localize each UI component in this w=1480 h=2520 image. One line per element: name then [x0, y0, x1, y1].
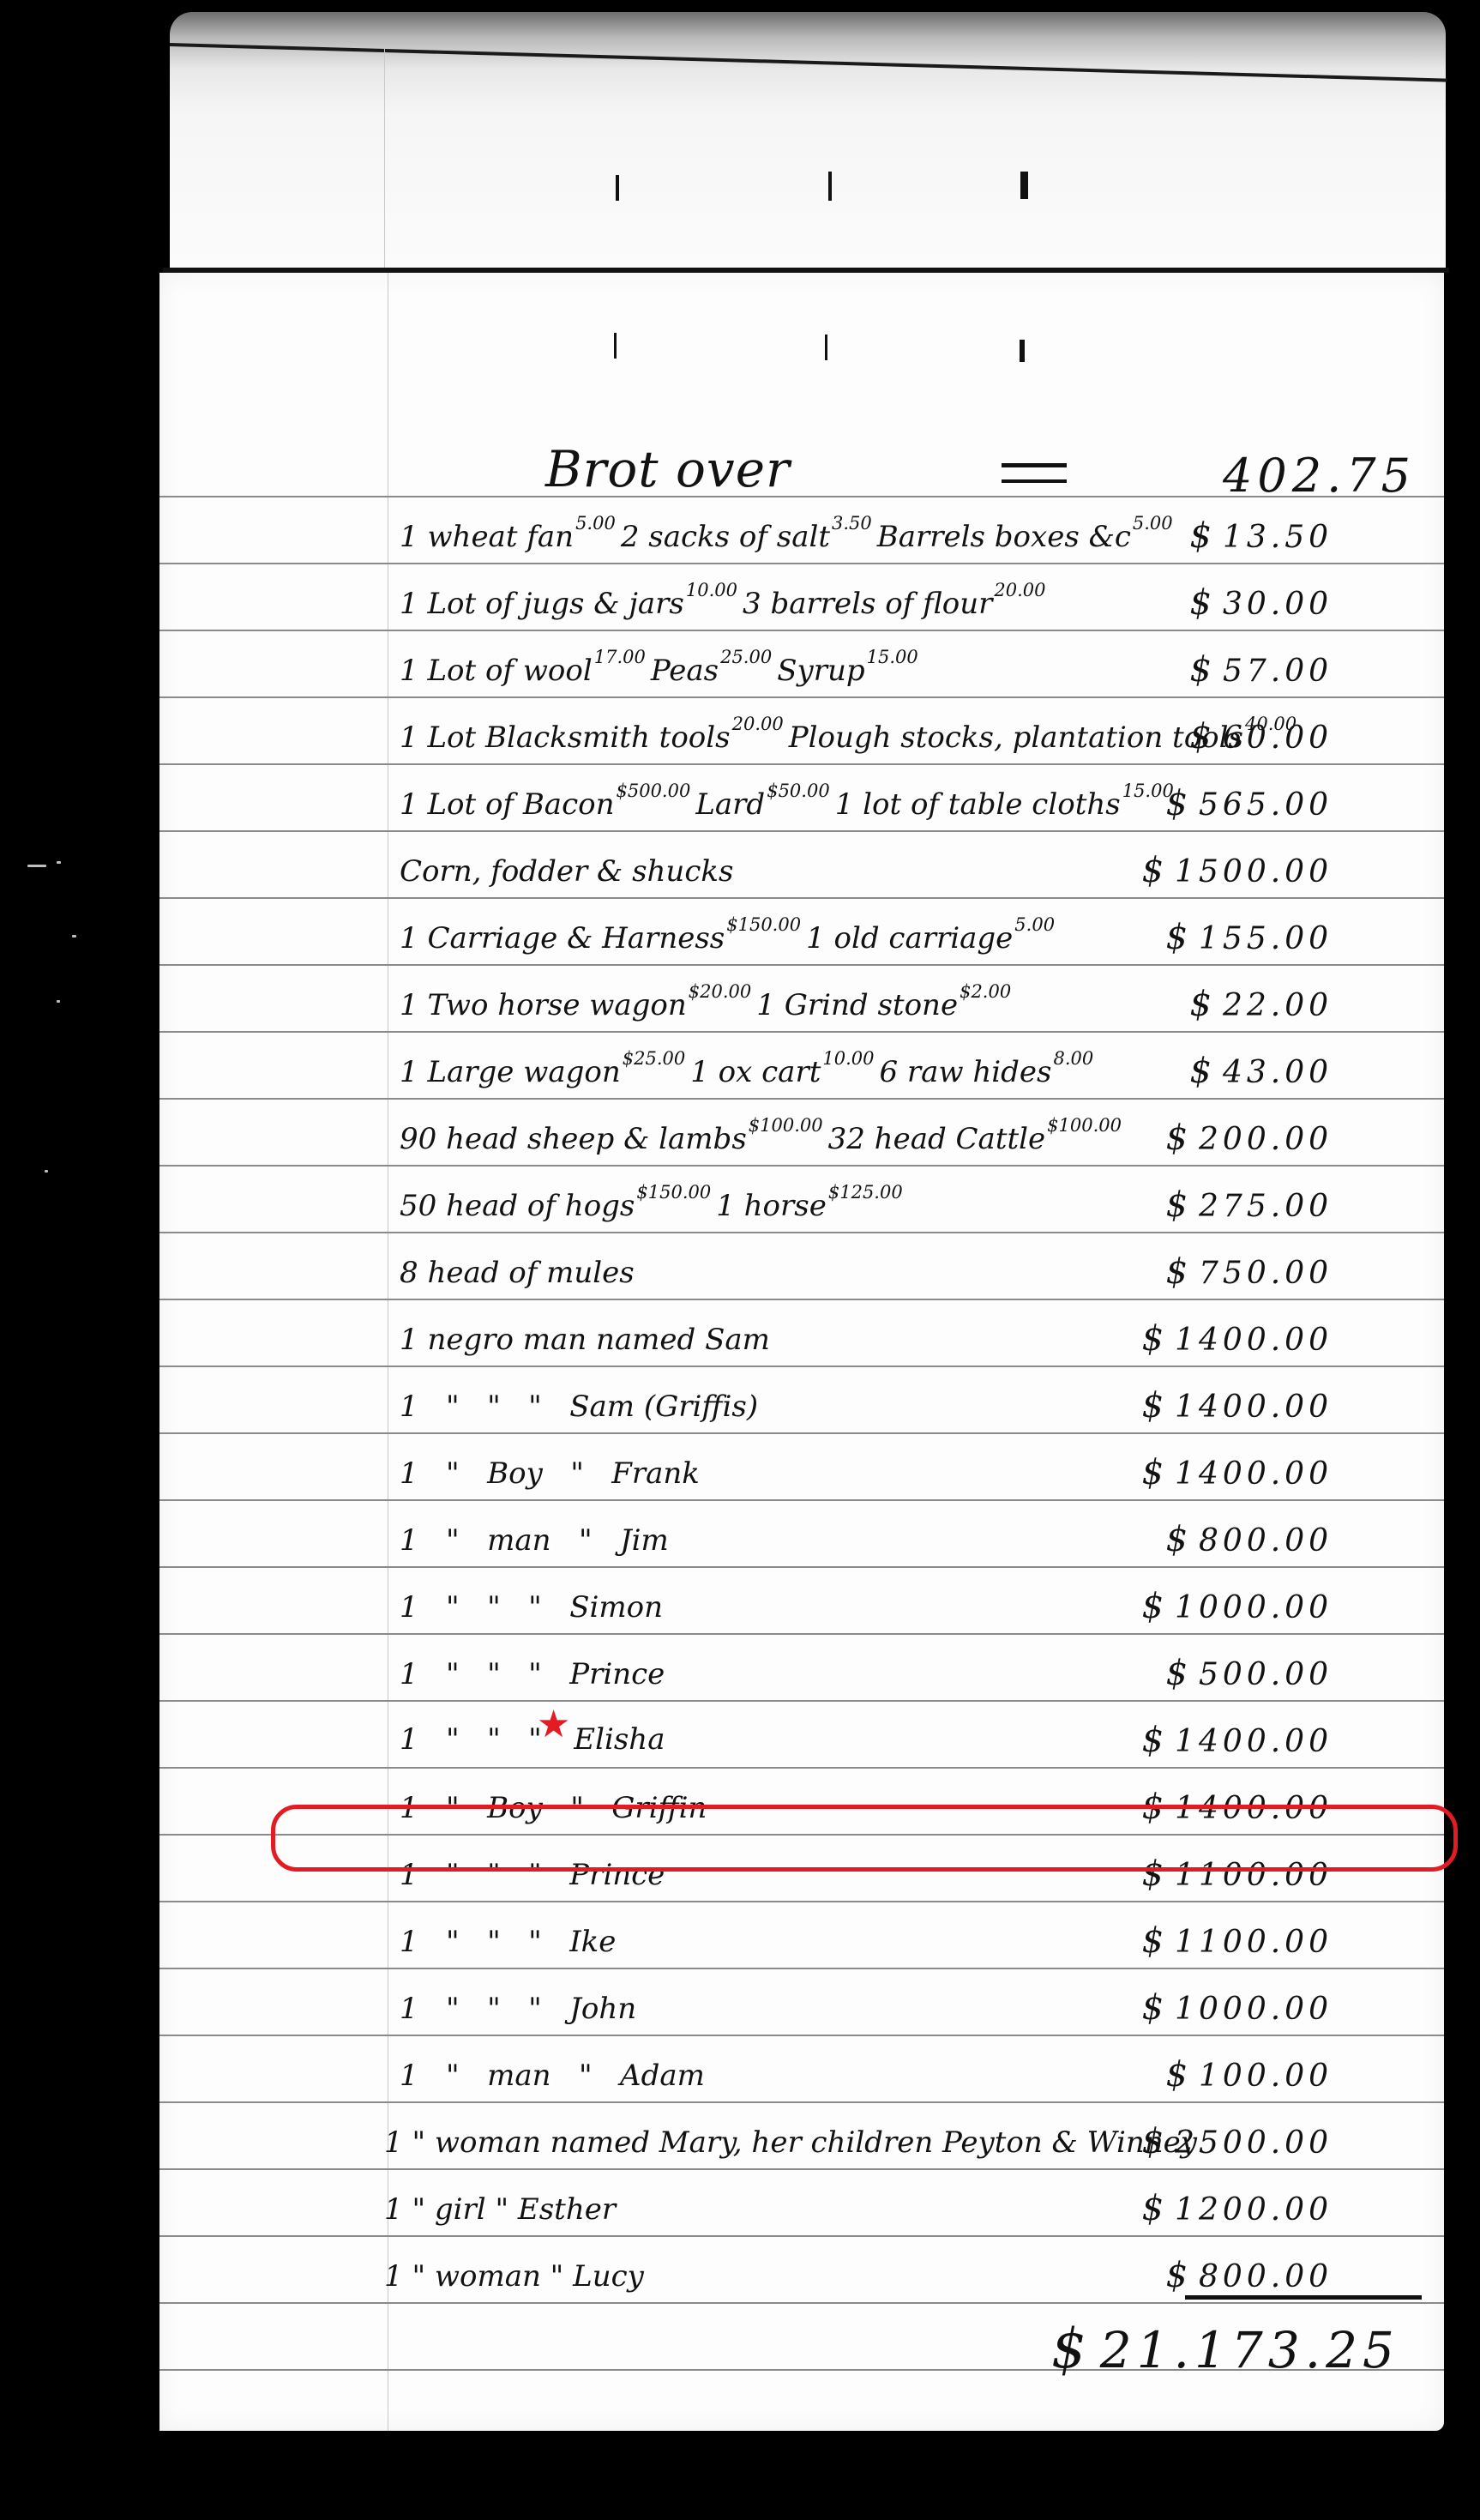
- ledger-sheet: Brot over 402.75 1 wheat fan5.002 sacks …: [159, 273, 1444, 2431]
- row-amount: $1100.00: [1142, 1921, 1333, 1961]
- row-amount: $22.00: [1189, 985, 1333, 1024]
- scan-speck: [72, 935, 76, 937]
- ledger-row: 1 wheat fan5.002 sacks of salt3.50Barrel…: [159, 497, 1444, 564]
- ink-mark: [825, 335, 827, 360]
- margin-rule: [384, 46, 385, 269]
- ledger-row: 8 head of mules $750.00: [159, 1233, 1444, 1300]
- row-description: 1 " " " Prince: [400, 1657, 665, 1691]
- row-amount: $57.00: [1189, 650, 1333, 690]
- ledger-row: 1 " " "★Elisha $1400.00: [159, 1702, 1444, 1769]
- row-amount: $800.00: [1166, 1520, 1333, 1559]
- row-description: 1 " girl " Esther: [384, 2192, 616, 2227]
- row-description: 1 " man " Jim: [400, 1523, 669, 1558]
- equals-sign: [1002, 463, 1067, 483]
- carried-over-amount: 402.75: [1223, 449, 1416, 503]
- ink-mark: [616, 175, 619, 201]
- ledger-row: 1 " " " Simon $1000.00: [159, 1568, 1444, 1635]
- row-description: 1 " woman named Mary, her children Peyto…: [384, 2125, 1197, 2160]
- row-description: 1 Two horse wagon$20.001 Grind stone$2.0…: [400, 981, 1016, 1022]
- row-description: 1 " Boy " Frank: [400, 1456, 700, 1491]
- row-amount: $13.50: [1189, 516, 1333, 556]
- row-amount: $275.00: [1166, 1185, 1333, 1225]
- row-amount: $155.00: [1166, 918, 1333, 957]
- ledger-row: 1 " woman named Mary, her children Peyto…: [159, 2103, 1444, 2170]
- red-star-icon: ★: [537, 1703, 570, 1746]
- row-description: 1 " woman " Lucy: [384, 2259, 644, 2294]
- row-amount: $1500.00: [1142, 851, 1333, 890]
- row-description: 1 Lot of wool17.00Peas25.00Syrup15.00: [400, 647, 923, 688]
- ledger-row: 1 " woman " Lucy $800.00: [159, 2237, 1444, 2304]
- row-amount: $1000.00: [1142, 1988, 1333, 2028]
- row-amount: $1400.00: [1142, 1453, 1333, 1492]
- ledger-row: 50 head of hogs$150.001 horse$125.00 $27…: [159, 1167, 1444, 1233]
- scan-speck: [57, 1000, 60, 1003]
- row-amount: $1400.00: [1142, 1386, 1333, 1426]
- row-amount: $800.00: [1166, 2256, 1333, 2295]
- row-description: 1 " " " John: [400, 1992, 636, 2026]
- sheet-edge-line: [170, 43, 1447, 82]
- ink-mark: [1020, 340, 1025, 362]
- ledger-row: 1 " " " Ike $1100.00: [159, 1902, 1444, 1969]
- row-amount: $1400.00: [1142, 1721, 1333, 1760]
- scan-speck: [57, 861, 61, 864]
- row-description: 1 " " "★Elisha: [400, 1715, 665, 1758]
- red-highlight-ring: [271, 1805, 1458, 1872]
- scan-speck: [27, 865, 46, 867]
- row-amount: $1200.00: [1142, 2189, 1333, 2228]
- ledger-row: 1 " girl " Esther $1200.00: [159, 2170, 1444, 2237]
- ledger-row: 1 Carriage & Harness$150.001 old carriag…: [159, 899, 1444, 966]
- row-description: 1 " " " Sam (Griffis): [400, 1390, 758, 1424]
- ledger-row: Corn, fodder & shucks $1500.00: [159, 832, 1444, 899]
- ledger-row: 1 Lot Blacksmith tools20.00Plough stocks…: [159, 698, 1444, 765]
- row-amount: $30.00: [1189, 583, 1333, 623]
- scan-background: [0, 0, 163, 2520]
- row-description: 90 head sheep & lambs$100.0032 head Catt…: [400, 1115, 1127, 1156]
- ledger-row: 1 " man " Adam $100.00: [159, 2036, 1444, 2103]
- row-amount: $2500.00: [1142, 2122, 1333, 2161]
- upper-sheet-fragment: [170, 12, 1446, 269]
- row-amount: $200.00: [1166, 1118, 1333, 1158]
- ledger-row: 1 Lot of Bacon$500.00Lard$50.001 lot of …: [159, 765, 1444, 832]
- row-amount: $43.00: [1189, 1052, 1333, 1091]
- row-description: 1 Lot of jugs & jars10.003 barrels of fl…: [400, 580, 1051, 621]
- ledger-row: 1 Large wagon$25.001 ox cart10.006 raw h…: [159, 1033, 1444, 1100]
- row-amount: $500.00: [1166, 1654, 1333, 1693]
- ledger-row: 1 negro man named Sam $1400.00: [159, 1300, 1444, 1367]
- ledger-row: 1 " " " Sam (Griffis) $1400.00: [159, 1367, 1444, 1434]
- ledger-row: 1 Two horse wagon$20.001 Grind stone$2.0…: [159, 966, 1444, 1033]
- row-description: 1 Lot of Bacon$500.00Lard$50.001 lot of …: [400, 781, 1179, 822]
- ledger-row: 1 Lot of jugs & jars10.003 barrels of fl…: [159, 564, 1444, 631]
- row-description: 1 negro man named Sam: [400, 1323, 770, 1357]
- row-description: 1 Carriage & Harness$150.001 old carriag…: [400, 914, 1060, 956]
- row-amount: $750.00: [1166, 1252, 1333, 1292]
- row-description: Corn, fodder & shucks: [400, 854, 733, 889]
- row-description: 1 " " " Simon: [400, 1590, 663, 1625]
- ink-mark: [828, 172, 832, 201]
- ledger-row: 1 " " " John $1000.00: [159, 1969, 1444, 2036]
- row-description: 1 Large wagon$25.001 ox cart10.006 raw h…: [400, 1048, 1098, 1089]
- ink-mark: [1020, 172, 1028, 199]
- row-description: 1 " man " Adam: [400, 2059, 705, 2093]
- row-description: 1 " " " Ike: [400, 1925, 616, 1959]
- ledger-row: 1 " man " Jim $800.00: [159, 1501, 1444, 1568]
- row-amount: $60.00: [1189, 717, 1333, 757]
- scan-speck: [45, 1170, 48, 1173]
- ledger-row: 1 Lot of wool17.00Peas25.00Syrup15.00 $5…: [159, 631, 1444, 698]
- row-amount: $565.00: [1166, 784, 1333, 823]
- row-description: 1 Lot Blacksmith tools20.00Plough stocks…: [400, 714, 1302, 755]
- ledger-row: 90 head sheep & lambs$100.0032 head Catt…: [159, 1100, 1444, 1167]
- grand-total: $21.173.25: [1051, 2318, 1399, 2381]
- row-amount: $100.00: [1166, 2055, 1333, 2095]
- row-description: 1 wheat fan5.002 sacks of salt3.50Barrel…: [400, 513, 1178, 554]
- ledger-row: 1 " Boy " Frank $1400.00: [159, 1434, 1444, 1501]
- row-description: 50 head of hogs$150.001 horse$125.00: [400, 1182, 908, 1223]
- row-amount: $1400.00: [1142, 1319, 1333, 1359]
- ink-mark: [614, 333, 617, 359]
- total-underline: [1185, 2295, 1422, 2300]
- row-description: 8 head of mules: [400, 1256, 635, 1290]
- ledger-row: 1 " " " Prince $500.00: [159, 1635, 1444, 1702]
- row-amount: $1000.00: [1142, 1587, 1333, 1626]
- heading-brought-over: Brot over: [545, 440, 791, 498]
